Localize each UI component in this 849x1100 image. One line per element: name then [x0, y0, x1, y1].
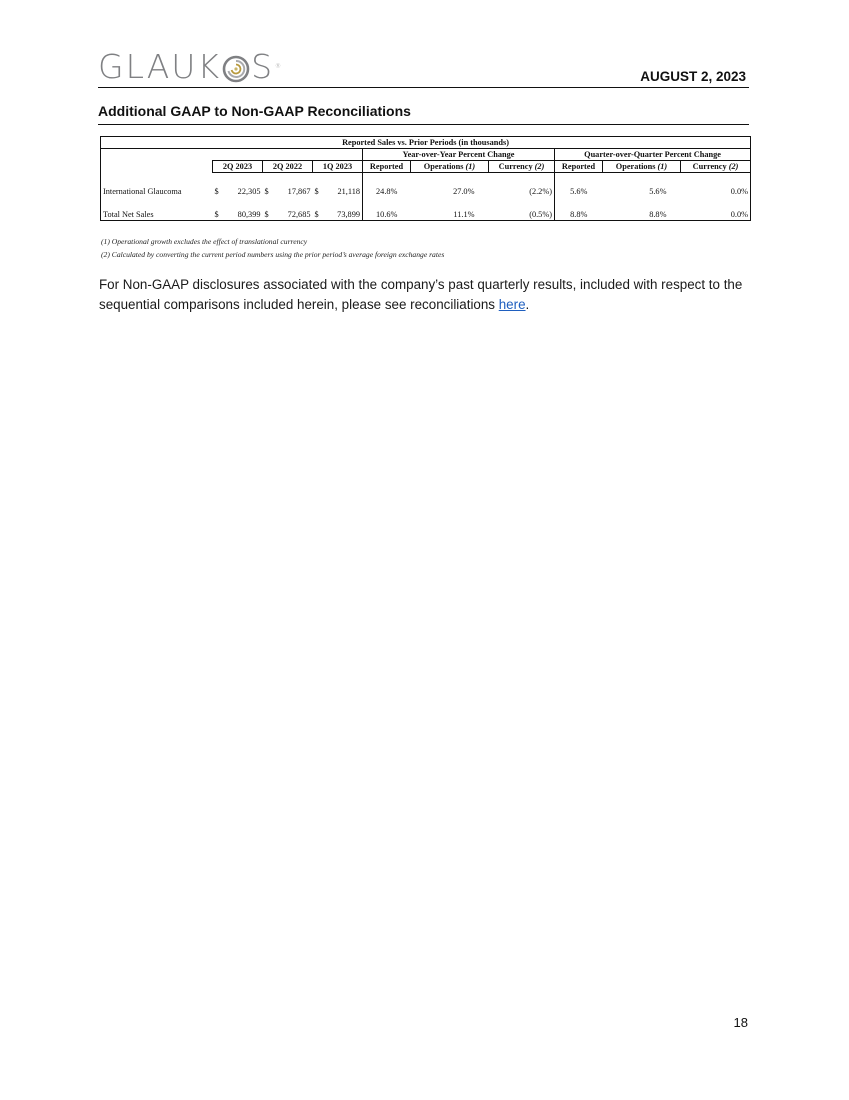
- col-header-yoy-operations: Operations (1): [411, 161, 489, 173]
- footnote-ref-1: (1): [658, 162, 668, 171]
- logo-text-left: GLAUK: [98, 47, 221, 86]
- non-gaap-paragraph: For Non-GAAP disclosures associated with…: [99, 275, 759, 315]
- value-qoq-currency: 0.0%: [681, 209, 751, 221]
- currency-symbol: $: [265, 187, 269, 196]
- paragraph-text: For Non-GAAP disclosures associated with…: [99, 277, 742, 312]
- table-footnotes: (1) Operational growth excludes the effe…: [101, 236, 444, 261]
- footnote-2: (2) Calculated by converting the current…: [101, 249, 444, 262]
- footnote-ref-1: (1): [466, 162, 476, 171]
- yoy-group-header: Year-over-Year Percent Change: [363, 149, 555, 161]
- value-2q2023: 22,305: [238, 187, 261, 196]
- col-header-2q2022: 2Q 2022: [263, 161, 313, 173]
- currency-label: Currency: [693, 162, 727, 171]
- value-1q2023: 21,118: [337, 187, 360, 196]
- operations-label: Operations: [616, 162, 656, 171]
- footnote-ref-2: (2): [535, 162, 545, 171]
- value-2q2022: 72,685: [288, 210, 311, 219]
- currency-label: Currency: [499, 162, 533, 171]
- value-qoq-currency: 0.0%: [681, 184, 751, 198]
- value-2q2022: 17,867: [288, 187, 311, 196]
- logo-text-right: S: [251, 47, 274, 86]
- value-yoy-reported: 24.8%: [363, 184, 411, 198]
- report-date: AUGUST 2, 2023: [640, 69, 746, 84]
- logo-swirl-icon: [222, 52, 250, 80]
- currency-symbol: $: [215, 210, 219, 219]
- reconciliations-link[interactable]: here: [499, 297, 526, 312]
- value-1q2023: 73,899: [337, 210, 360, 219]
- value-yoy-currency: (0.5%): [489, 209, 555, 221]
- section-divider: [98, 124, 749, 125]
- glaukos-logo: GLAUK S ®: [98, 48, 283, 84]
- value-qoq-reported: 5.6%: [555, 184, 603, 198]
- qoq-group-header: Quarter-over-Quarter Percent Change: [555, 149, 751, 161]
- reconciliation-table: Reported Sales vs. Prior Periods (in tho…: [100, 136, 750, 221]
- value-yoy-reported: 10.6%: [363, 209, 411, 221]
- currency-symbol: $: [215, 187, 219, 196]
- table-row: International Glaucoma $22,305 $17,867 $…: [101, 184, 751, 198]
- row-label: International Glaucoma: [101, 184, 213, 198]
- operations-label: Operations: [424, 162, 464, 171]
- value-yoy-operations: 11.1%: [411, 209, 489, 221]
- section-title: Additional GAAP to Non-GAAP Reconciliati…: [98, 103, 411, 119]
- row-label: Total Net Sales: [101, 209, 213, 221]
- col-header-yoy-reported: Reported: [363, 161, 411, 173]
- value-qoq-operations: 5.6%: [603, 184, 681, 198]
- value-yoy-currency: (2.2%): [489, 184, 555, 198]
- value-qoq-operations: 8.8%: [603, 209, 681, 221]
- table-row: Total Net Sales $80,399 $72,685 $73,899 …: [101, 209, 751, 221]
- col-header-qoq-reported: Reported: [555, 161, 603, 173]
- page-number: 18: [734, 1015, 748, 1030]
- footnote-1: (1) Operational growth excludes the effe…: [101, 236, 444, 249]
- currency-symbol: $: [315, 210, 319, 219]
- footnote-ref-2: (2): [729, 162, 739, 171]
- currency-symbol: $: [265, 210, 269, 219]
- value-2q2023: 80,399: [238, 210, 261, 219]
- value-qoq-reported: 8.8%: [555, 209, 603, 221]
- currency-symbol: $: [315, 187, 319, 196]
- col-header-2q2023: 2Q 2023: [213, 161, 263, 173]
- paragraph-trailing: .: [526, 297, 530, 312]
- header-divider: [98, 87, 749, 88]
- value-yoy-operations: 27.0%: [411, 184, 489, 198]
- registered-mark: ®: [275, 63, 283, 70]
- col-header-yoy-currency: Currency (2): [489, 161, 555, 173]
- table-title: Reported Sales vs. Prior Periods (in tho…: [101, 137, 751, 149]
- col-header-qoq-operations: Operations (1): [603, 161, 681, 173]
- col-header-qoq-currency: Currency (2): [681, 161, 751, 173]
- col-header-1q2023: 1Q 2023: [313, 161, 363, 173]
